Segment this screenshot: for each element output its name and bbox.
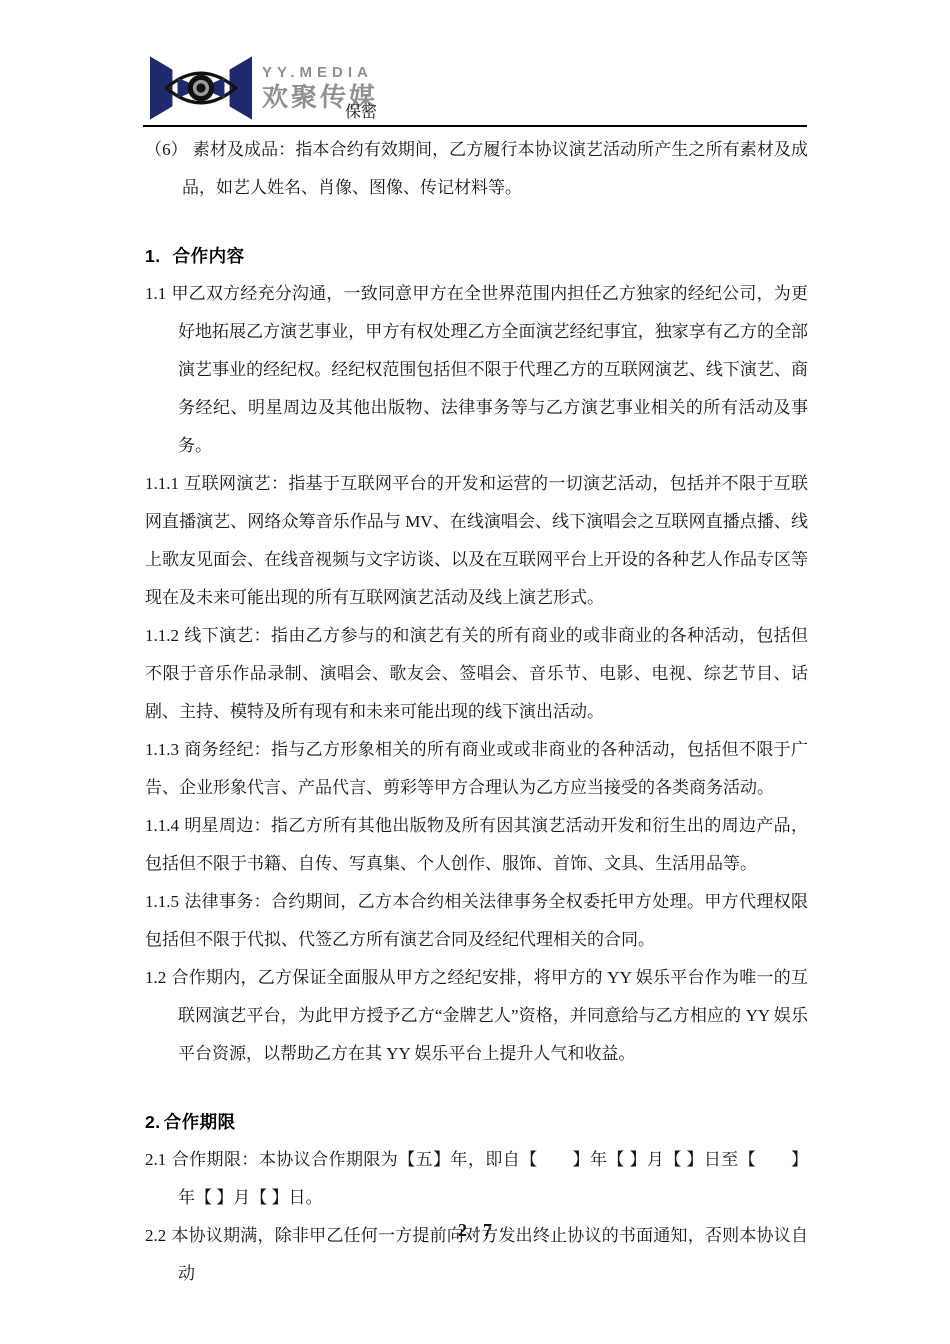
clause-materials-definition: （6）素材及成品：指本合约有效期间，乙方履行本协议演艺活动所产生之所有素材及成品… [145,131,808,207]
clause-1-1-5-text: 法律事务：合约期间，乙方本合约相关法律事务全权委托甲方处理。甲方代理权限包括但不… [145,892,808,949]
section-2-heading: 2.合作期限 [145,1103,808,1141]
section-2-title: 合作期限 [164,1112,236,1132]
clause-1-1-number: 1.1 [145,284,166,303]
clause-number: （6） [145,140,188,159]
section-1-heading: 1.合作内容 [145,237,808,275]
confidential-label: 保密 [345,99,377,122]
clause-1-1-1-text: 互联网演艺：指基于互联网平台的开发和运营的一切演艺活动，包括并不限于互联网直播演… [145,474,808,607]
contract-document-page: YY.MEDIA 欢聚传媒 保密 （6）素材及成品：指本合约有效期间，乙方履行本… [0,0,950,1344]
clause-1-1-text: 甲乙双方经充分沟通，一致同意甲方在全世界范围内担任乙方独家的经纪公司，为更好地拓… [171,284,808,455]
clause-1-1-2: 1.1.2线下演艺：指由乙方参与的和演艺有关的所有商业的或非商业的各种活动，包括… [145,617,808,731]
clause-1-1-1-number: 1.1.1 [145,474,179,493]
clause-1-2: 1.2合作期内，乙方保证全面服从甲方之经纪安排，将甲方的 YY 娱乐平台作为唯一… [145,959,808,1073]
clause-1-1-4-text: 明星周边：指乙方所有其他出版物及所有因其演艺活动开发和衍生出的周边产品，包括但不… [145,816,808,873]
clause-2-1-number: 2.1 [145,1150,166,1169]
clause-1-1-2-number: 1.1.2 [145,626,179,645]
yy-media-eye-icon [150,56,252,120]
company-logo: YY.MEDIA 欢聚传媒 [150,56,378,120]
clause-1-1-2-text: 线下演艺：指由乙方参与的和演艺有关的所有商业的或非商业的各种活动，包括但不限于音… [145,626,808,721]
clause-1-2-text: 合作期内，乙方保证全面服从甲方之经纪安排，将甲方的 YY 娱乐平台作为唯一的互联… [171,968,808,1063]
clause-1-1: 1.1甲乙双方经充分沟通，一致同意甲方在全世界范围内担任乙方独家的经纪公司，为更… [145,275,808,465]
clause-2-1-text: 合作期限：本协议合作期限为【五】年，即自【 】年【 】月【 】日至【 】年【 】… [171,1150,808,1207]
logo-text-en: YY.MEDIA [262,64,378,82]
section-1-title: 合作内容 [173,246,245,266]
clause-1-1-4-number: 1.1.4 [145,816,179,835]
page-number-total: 7 [483,1220,492,1240]
section-1-number: 1. [145,246,161,266]
page-number-current: 2 [458,1220,467,1240]
document-body: （6）素材及成品：指本合约有效期间，乙方履行本协议演艺活动所产生之所有素材及成品… [145,131,808,1293]
header-divider [143,125,807,127]
clause-1-1-3-number: 1.1.3 [145,740,179,759]
page-footer: 2/7 [0,1220,950,1241]
clause-2-1: 2.1合作期限：本协议合作期限为【五】年，即自【 】年【 】月【 】日至【 】年… [145,1141,808,1217]
clause-1-1-3: 1.1.3商务经纪：指与乙方形象相关的所有商业或或非商业的各种活动，包括但不限于… [145,731,808,807]
section-2-number: 2. [145,1112,161,1132]
clause-1-1-1: 1.1.1互联网演艺：指基于互联网平台的开发和运营的一切演艺活动，包括并不限于互… [145,465,808,617]
clause-1-1-5: 1.1.5法律事务：合约期间，乙方本合约相关法律事务全权委托甲方处理。甲方代理权… [145,883,808,959]
clause-1-1-3-text: 商务经纪：指与乙方形象相关的所有商业或或非商业的各种活动，包括但不限于广告、企业… [145,740,808,797]
page-number-separator: / [467,1225,483,1240]
clause-text: 素材及成品：指本合约有效期间，乙方履行本协议演艺活动所产生之所有素材及成品，如艺… [182,140,808,197]
clause-1-2-number: 1.2 [145,968,166,987]
clause-1-1-5-number: 1.1.5 [145,892,179,911]
clause-1-1-4: 1.1.4明星周边：指乙方所有其他出版物及所有因其演艺活动开发和衍生出的周边产品… [145,807,808,883]
